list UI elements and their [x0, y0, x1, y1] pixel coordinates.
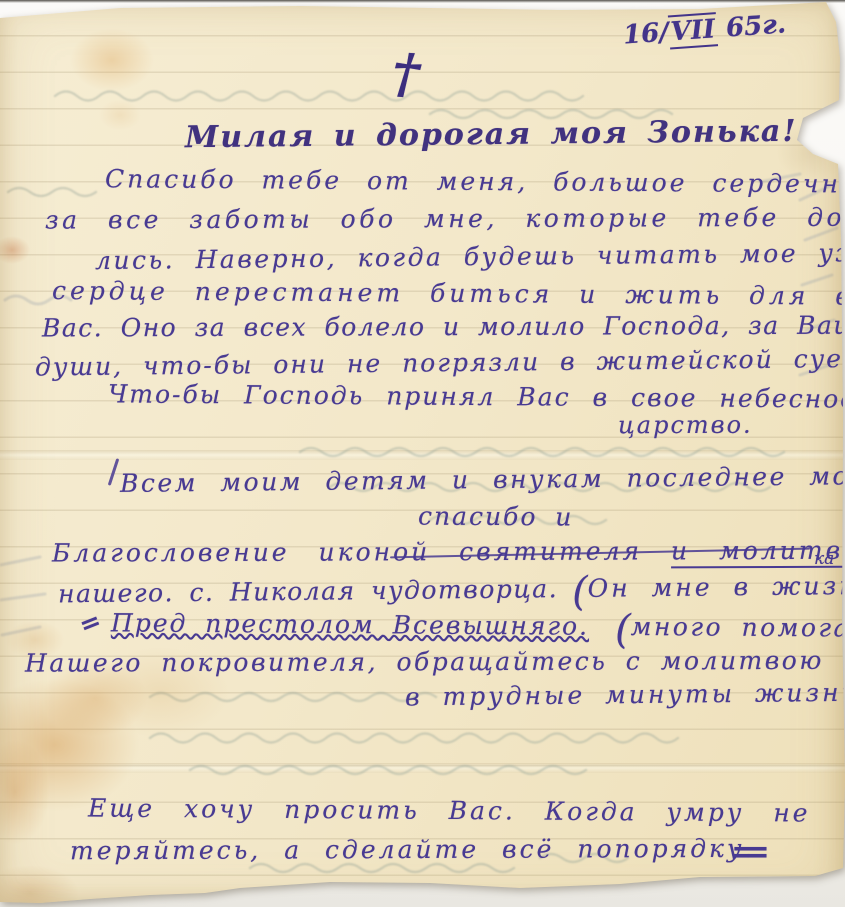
body-line-7: Что-бы Господь принял Вас в свое небесно… — [108, 380, 845, 414]
nikolai-text: нашего. с. Николая чудотворца. — [58, 574, 558, 608]
letter-page: 16/VII 65г. † Милая и дорогая моя Зонька… — [0, 0, 845, 907]
date-month-roman: VII — [668, 12, 719, 49]
pred-underlined: Пред престолом Всевышняго. — [111, 608, 589, 640]
date-day: 16/ — [622, 18, 670, 51]
scan-background: 16/VII 65г. † Милая и дорогая моя Зонька… — [0, 0, 845, 907]
date-year: 65г. — [716, 9, 787, 44]
body-line-2: за все заботы обо мне, которые тебе дост… — [45, 203, 845, 235]
request-line-2: теряйтесь, а сделайте всё попорядку. — [70, 835, 756, 866]
paper-sheet: 16/VII 65г. † Милая и дорогая моя Зонька… — [0, 0, 845, 907]
body-line-3: лись. Наверно, когда будешь читать мое у… — [95, 239, 845, 276]
patron-line-2: в трудные минуты жизни. — [405, 679, 845, 713]
blessing-line: Благословение иконой святителя и молитве… — [52, 536, 845, 568]
paren-open: ( — [572, 569, 588, 615]
pred-line: =Пред престолом Всевышняго.(много помога… — [80, 609, 845, 643]
request-line-1: Еще хочу просить Вас. Когда умру не — [88, 794, 811, 828]
body-line-6: души, что-бы они не погрязли в житейской… — [35, 344, 845, 382]
ditto-mark: = — [75, 606, 105, 640]
paragraph-stroke — [108, 458, 120, 486]
body-line-8: царство. — [618, 412, 753, 440]
bequest-line-2: спасибо и — [418, 502, 574, 532]
cross-mark: † — [390, 41, 423, 105]
handwritten-text: 16/VII 65г. † Милая и дорогая моя Зонька… — [0, 0, 845, 907]
bequest-line-1: Всем моим детям и внукам последнее мое — [120, 462, 845, 499]
blessing-suffix: ка — [814, 550, 834, 570]
body-line-5: Вас. Оно за всех болело и молило Господа… — [42, 312, 845, 344]
patron-line-1: Нашего покровителя, обращайтесь с молитв… — [25, 646, 845, 678]
body-line-1: Спасибо тебе от меня, большое сердечное, — [105, 165, 845, 199]
nikolai-line: нашего. с. Николая чудотворца.(Он мне в … — [58, 572, 845, 609]
date: 16/VII 65г. — [622, 10, 787, 51]
nikolai-paren-text: Он мне в жизни — [588, 571, 845, 603]
salutation-line: Милая и дорогая моя Зонька! — [185, 115, 798, 156]
body-line-4: сердце перестанет биться и жить для всех — [52, 277, 845, 312]
end-mark: = — [729, 833, 772, 870]
pred-paren-text: много помогал. — [631, 612, 845, 643]
